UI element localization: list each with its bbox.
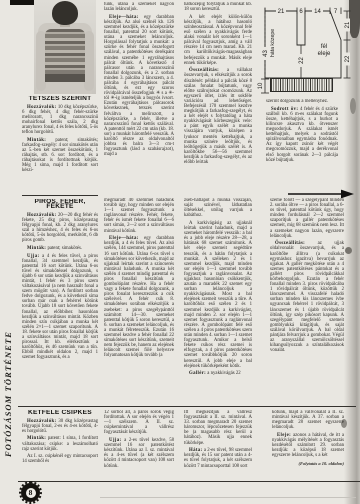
column-1-article-1: TETSZÉS SZERINT Hozzávalók: 10 dkg közép… <box>22 96 98 195</box>
column-1-article-2: PIROS, FEHÉR, FEKETE Hozzávalók: 20—20 d… <box>22 199 98 404</box>
schematic-outline <box>265 11 341 78</box>
column-2-article-3: 12 sorból áll, a páros sorok végig fordí… <box>104 410 174 480</box>
paragraph: Hozzávalók: 20—20 dkg fehér és fekete, 2… <box>22 213 98 244</box>
paragraph: Minták: patent: 1 síma, 1 fordított vált… <box>22 436 98 451</box>
column-2-article-2: megmaradt 40 szemmel haladunk tovább úgy… <box>104 198 174 405</box>
paragraph: megmaradt 40 szemmel haladunk tovább úgy… <box>104 198 174 234</box>
model-photo <box>34 0 96 94</box>
paragraph: Minták: patent; simakötés. <box>22 246 98 251</box>
paragraph: kötünk, majd a vállvonalat a II. sz. min… <box>272 410 344 430</box>
front-half-label-1: fél <box>321 44 327 50</box>
paragraph: Hozzávalók: 30 dkg középvastag félgyapjú… <box>22 419 98 434</box>
paragraph: 12 sorból áll, a páros sorok végig fordí… <box>104 410 174 435</box>
paragraph: Hozzávalók: 10 dkg középszürke, 6 dkg fe… <box>22 105 98 136</box>
front-half-label-2: eleje <box>318 51 331 57</box>
print-mark <box>10 0 35 5</box>
page-number: 8 <box>26 488 36 498</box>
measure-notch-to-hem: 22 <box>299 57 305 64</box>
paragraph: hátközépig folytatjuk a munkát kb. 18 so… <box>184 2 252 12</box>
paragraph: Ujja: a 4 és feles tűvel, a piros fonall… <box>22 254 98 361</box>
footer-rule <box>18 481 360 482</box>
section-rule <box>22 195 98 196</box>
rubric-vertical-title: FOTÓZÁSOM TÖRTÉNETE <box>3 310 18 478</box>
photo-hair <box>52 1 78 25</box>
measure-width-back: 21 <box>278 9 285 15</box>
measure-back-length: 43 <box>263 50 269 57</box>
paragraph: Összeállítás: az ujjak oldalvonalát össz… <box>270 241 344 353</box>
paragraph: Eleje—háta: egy darabban készítjük. Az a… <box>104 15 174 158</box>
paragraph: Összeállítás: a vállakat összevarrjuk, s… <box>184 68 252 165</box>
paragraph: zseb-hátlapot a munka visszáján, saját s… <box>184 198 252 218</box>
column-3-article-3: Itt megkezdjük a vállrész fogyasztását a… <box>184 410 252 480</box>
section-rule <box>18 406 356 407</box>
column-2-article-1: tünk, utána a szemeket nagyon lazán lelá… <box>104 2 174 195</box>
column-4-article-3: kötünk, majd a vállvonalat a II. sz. min… <box>272 410 344 480</box>
paragraph: A két elejét külön-külön készítjük, a há… <box>184 15 252 66</box>
paragraph: tünk, utána a szemeket nagyon lazán lelá… <box>104 2 174 12</box>
measure-slant-drop: 21 <box>345 21 351 28</box>
continuation-note: (Folytatás a 10. oldalon) <box>272 461 344 466</box>
column-1-article-3: KÉTFÉLE CSIPKÉS Hozzávalók: 30 dkg közép… <box>22 410 98 480</box>
paragraph: Itt megkezdjük a vállrész fogyasztását a… <box>184 410 252 446</box>
paragraph: szerint dolgozunk a mellényhez. <box>266 99 338 104</box>
paragraph: Ujja: a 2-es tűvel kezdve, 58 szemmel 16… <box>104 438 174 469</box>
scan-speck <box>350 98 356 114</box>
paragraph: Háta: a 2-es tűvel, 98 szemmel kezdjük, … <box>184 448 252 468</box>
page-number-badge: 8 <box>21 483 40 502</box>
paragraph: Eleje—háta: egy darabban kezdjük, a 4 és… <box>104 236 174 358</box>
paragraph: Sodrott öv: 4 fehér és 4 szürke szálból … <box>266 107 338 163</box>
photo-striped-vest <box>45 29 85 75</box>
measure-side-length: 22 <box>345 55 351 62</box>
column-4-article-1: szerint dolgozunk a mellényhez.Sodrott ö… <box>266 99 338 187</box>
magazine-page: FOTÓZÁSOM TÖRTÉNETE TETSZÉS SZERINT Hozz… <box>0 0 360 504</box>
scan-speck <box>345 247 352 254</box>
paragraph: szeme fölött — a szegélypánt minden 2. s… <box>270 198 344 239</box>
paragraph: Az I. sz. csipkénél egy mintacsoport 14 … <box>22 454 98 464</box>
measure-width-shoulder: 14 <box>314 9 321 15</box>
paragraph: A karkivágásig az ujjaknál leírtak szeri… <box>184 221 252 369</box>
column-3-article-1: hátközépig folytatjuk a munkát kb. 18 so… <box>184 2 252 195</box>
measure-ribbing-height: 10 <box>258 82 264 89</box>
column-3-article-2: zseb-hátlapot a munka visszáján, saját s… <box>184 198 252 405</box>
article-title: TETSZÉS SZERINT <box>22 96 98 101</box>
column-4-article-2: szeme fölött — a szegélypánt minden 2. s… <box>270 198 344 405</box>
center-back-label: háta közepe <box>270 29 276 57</box>
article-title: KÉTFÉLE CSIPKÉS <box>22 410 98 415</box>
scan-fold-line <box>100 497 356 498</box>
photo-vest-hem <box>45 74 85 82</box>
paragraph: Eleje: azonos a hátával, de itt a nyakki… <box>272 433 344 458</box>
article-title: PIROS, FEHÉR, FEKETE <box>22 199 98 209</box>
photo-right-arm <box>84 31 94 91</box>
paragraph: Minták: patent; simakötés; farkasfog-sze… <box>22 138 98 174</box>
paragraph: Gallér: a nyakkivágás 22 <box>184 371 252 376</box>
schematic-ribbing-hatch <box>270 78 333 92</box>
